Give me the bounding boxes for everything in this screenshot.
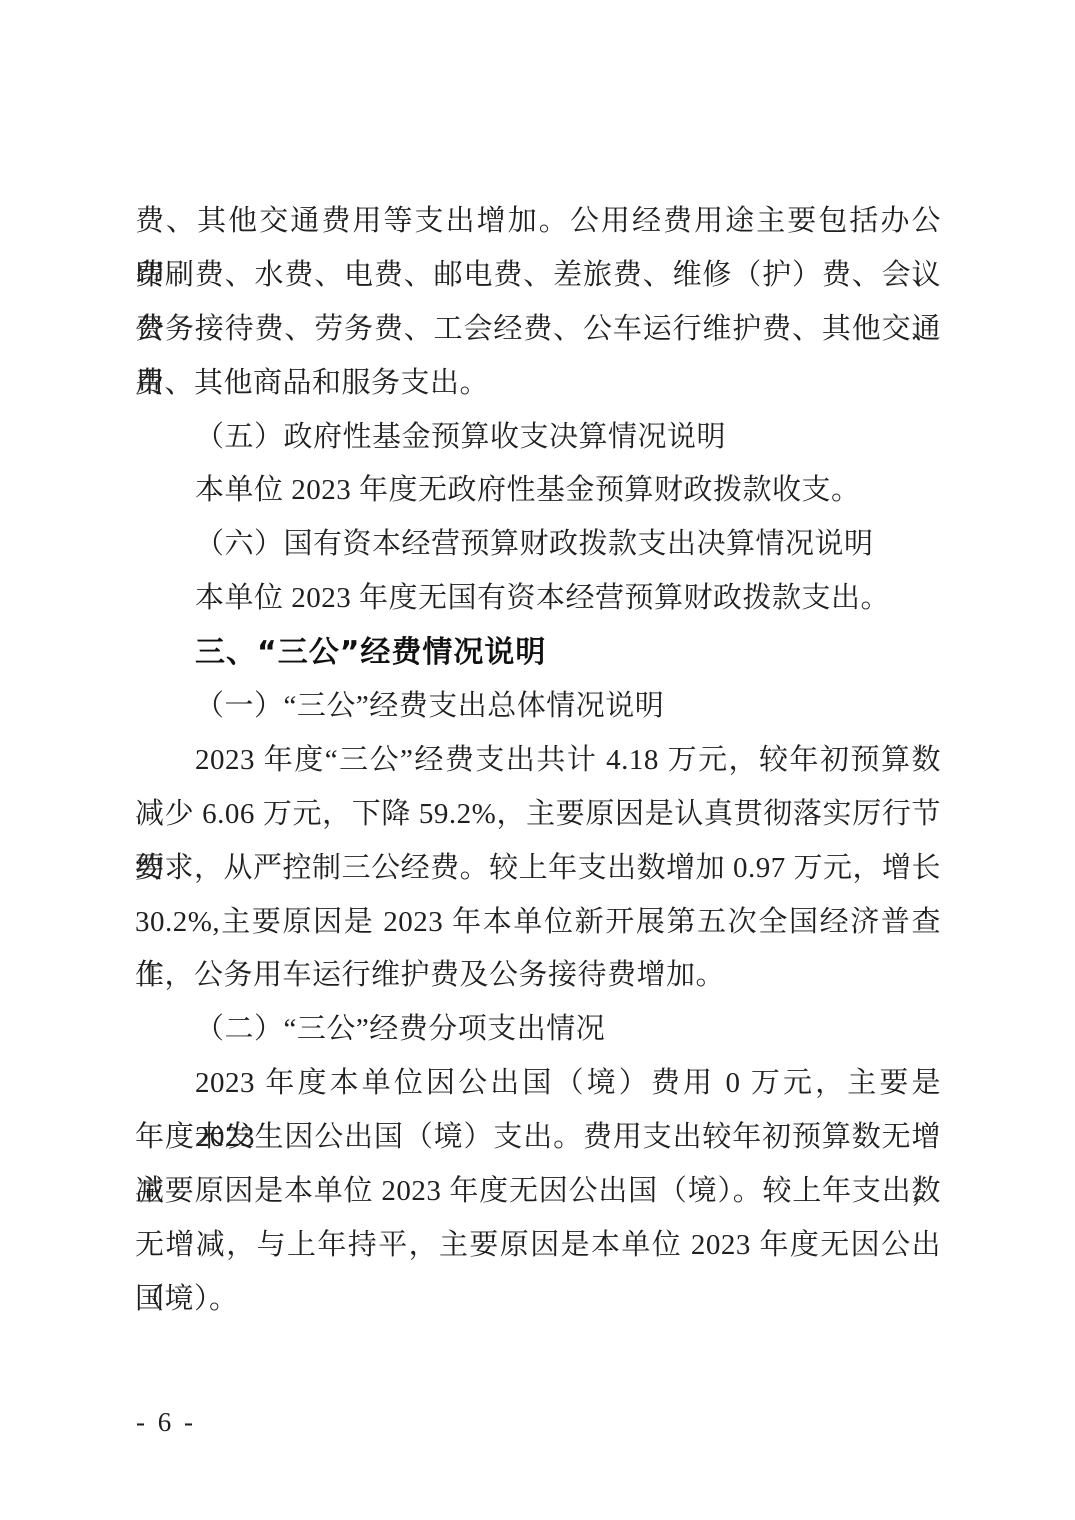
text-line: 主要原因是本单位 2023 年度无因公出国（境）。较上年支出数 (135, 1165, 941, 1219)
text-line: 要求，从严控制三公经费。较上年支出数增加 0.97 万元，增长 (135, 842, 941, 896)
text-line: 年度未发生因公出国（境）支出。费用支出较年初预算数无增减， (135, 1111, 941, 1165)
text-line: （二）“三公”经费分项支出情况 (135, 1003, 941, 1057)
text-line: （境）。 (135, 1273, 941, 1327)
text-line: 费、其他交通费用等支出增加。公用经费用途主要包括办公费、 (135, 195, 941, 249)
text-line: 用、其他商品和服务支出。 (135, 357, 941, 411)
text-line: （一）“三公”经费支出总体情况说明 (135, 680, 941, 734)
text-line: 公务接待费、劳务费、工会经费、公车运行维护费、其他交通费 (135, 303, 941, 357)
text-line: 无增减，与上年持平，主要原因是本单位 2023 年度无因公出国 (135, 1219, 941, 1273)
text-line: 本单位 2023 年度无政府性基金预算财政拨款收支。 (135, 464, 941, 518)
text-line: 印刷费、水费、电费、邮电费、差旅费、维修（护）费、会议费、 (135, 249, 941, 303)
document-body: 费、其他交通费用等支出增加。公用经费用途主要包括办公费、印刷费、水费、电费、邮电… (135, 195, 941, 1327)
text-line: 本单位 2023 年度无国有资本经营预算财政拨款支出。 (135, 572, 941, 626)
text-line: （六）国有资本经营预算财政拨款支出决算情况说明 (135, 518, 941, 572)
section-heading: 三、“三公”经费情况说明 (135, 626, 941, 680)
text-line: 30.2%,主要原因是 2023 年本单位新开展第五次全国经济普查工 (135, 896, 941, 950)
page-number: - 6 - (136, 1402, 196, 1442)
document-page: 费、其他交通费用等支出增加。公用经费用途主要包括办公费、印刷费、水费、电费、邮电… (0, 0, 1075, 1520)
text-line: 作，公务用车运行维护费及公务接待费增加。 (135, 949, 941, 1003)
text-line: （五）政府性基金预算收支决算情况说明 (135, 411, 941, 465)
text-line: 减少 6.06 万元，下降 59.2%，主要原因是认真贯彻落实厉行节约 (135, 788, 941, 842)
text-line: 2023 年度“三公”经费支出共计 4.18 万元，较年初预算数 (135, 734, 941, 788)
text-line: 2023 年度本单位因公出国（境）费用 0 万元，主要是 2023 (135, 1057, 941, 1111)
